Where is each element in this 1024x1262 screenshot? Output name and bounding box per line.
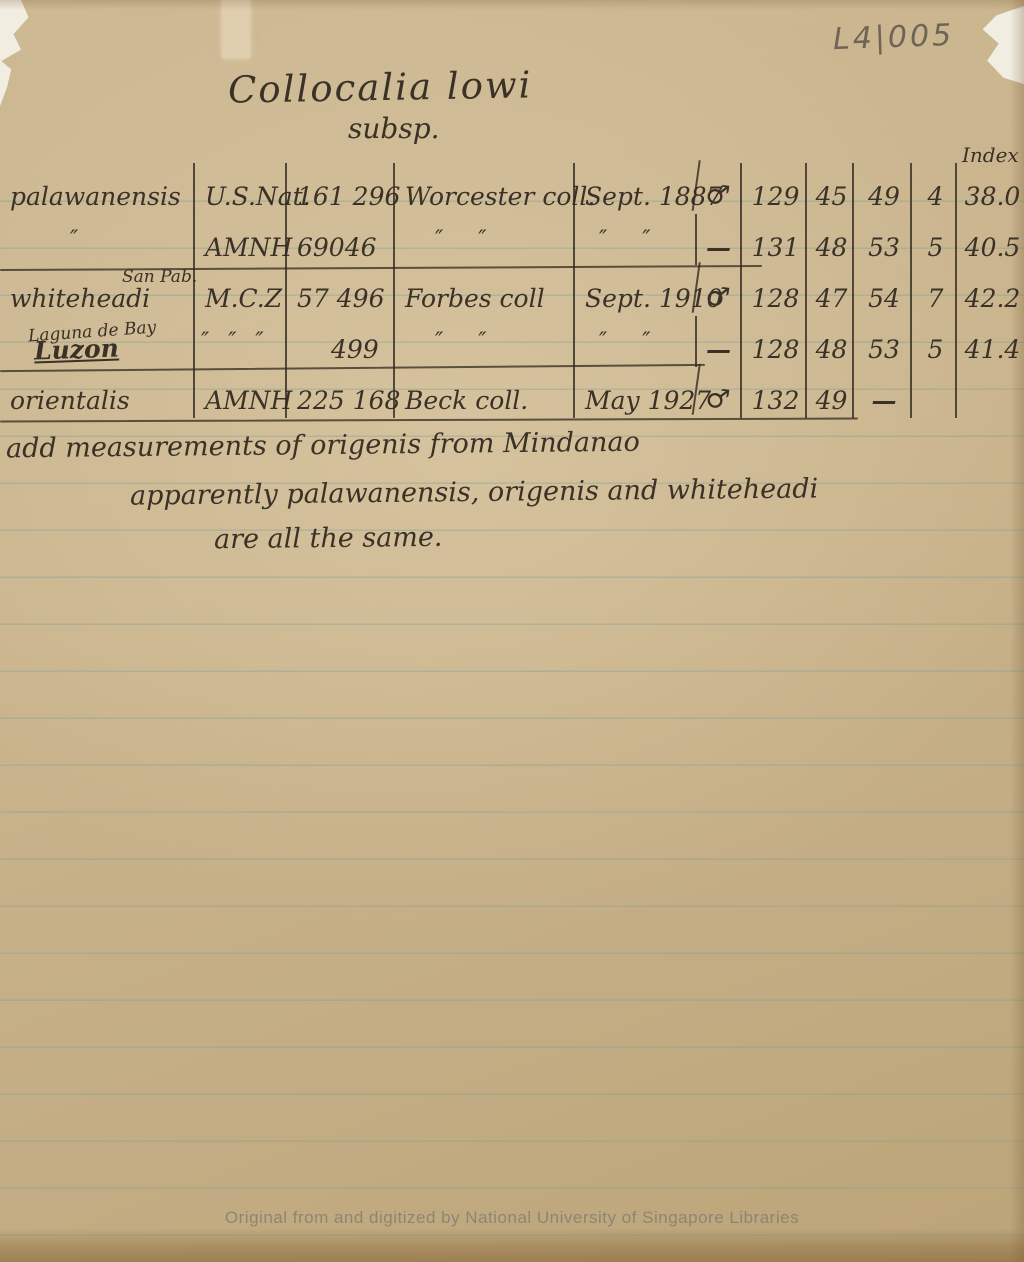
cell-wing: 128: [740, 265, 805, 316]
cell-number: 225 168: [285, 367, 393, 418]
cell-collection: Worcester coll.: [393, 163, 573, 214]
cell-name: Luzon Laguna de Bay: [0, 316, 193, 367]
cell-measure-4: [910, 367, 955, 418]
cell-index: 42.2: [955, 265, 1024, 316]
cell-measure-4: 7: [910, 265, 955, 316]
cell-date: May 1927: [573, 367, 695, 418]
cell-measure-3: —: [852, 367, 910, 418]
cell-museum ditto-mark: ″ ″ ″: [193, 316, 285, 367]
cell-measure-3: 49: [852, 163, 910, 214]
cell-index: 38.0: [955, 163, 1024, 214]
cell-sex dash: —: [695, 316, 740, 367]
cell-measure-4: 4: [910, 163, 955, 214]
cell-measure-4: 5: [910, 214, 955, 265]
note-line-2: apparently palawanensis, origenis and wh…: [130, 473, 818, 511]
cell-museum: AMNH: [193, 214, 285, 265]
cell-date: Sept. 1910: [573, 265, 695, 316]
cell-wing: 132: [740, 367, 805, 418]
page-subtitle: subsp.: [348, 112, 440, 145]
cell-number: 161 296: [285, 163, 393, 214]
table-row: palawanensis U.S.Nat. 161 296 Worcester …: [0, 163, 1024, 214]
cell-measure-2: 47: [805, 265, 852, 316]
bottom-edge-shadow: [0, 1228, 1024, 1262]
digitization-credit: Original from and digitized by National …: [0, 1208, 1024, 1228]
cell-measure-2: 48: [805, 316, 852, 367]
page-title: Collocalia lowi: [228, 63, 533, 111]
cell-number: 499: [285, 316, 393, 367]
cell-collection ditto-mark: ″ ″: [393, 214, 573, 265]
cell-date ditto-mark: ″ ″: [573, 316, 695, 367]
cell-wing: 129: [740, 163, 805, 214]
cell-index: 40.5: [955, 214, 1024, 265]
cell-date ditto-mark: ″ ″: [573, 214, 695, 265]
cell-measure-3: 53: [852, 316, 910, 367]
species-name: whiteheadi: [10, 286, 150, 311]
scanned-manuscript-page: L4|005 Collocalia lowi subsp. Index pala…: [0, 0, 1024, 1262]
cell-index: [955, 367, 1024, 418]
cell-sex dash: —: [695, 214, 740, 265]
cell-number: 57 496: [285, 265, 393, 316]
catalog-mark: L4|005: [832, 18, 954, 57]
cell-name: palawanensis: [0, 163, 193, 214]
cell-name: whiteheadi San Pab.: [0, 265, 193, 316]
locality-annotation: San Pab.: [122, 269, 197, 286]
table-row: Luzon Laguna de Bay ″ ″ ″ 499 ″ ″ ″ ″ — …: [0, 316, 1024, 367]
cell-sex male-symbol: ♂: [692, 160, 744, 217]
cell-wing: 128: [740, 316, 805, 367]
cell-measure-4: 5: [910, 316, 955, 367]
cell-museum: M.C.Z: [193, 265, 285, 316]
cell-measure-2: 49: [805, 367, 852, 418]
cell-measure-2: 48: [805, 214, 852, 265]
note-line-1: add measurements of origenis from Mindan…: [6, 427, 640, 465]
cell-sex male-symbol: ♂: [692, 364, 744, 421]
paper-tear-left-edge: [0, 60, 14, 106]
cell-wing: 131: [740, 214, 805, 265]
cell-collection ditto-mark: ″ ″: [393, 316, 573, 367]
cell-museum: AMNH: [193, 367, 285, 418]
cell-measure-3: 54: [852, 265, 910, 316]
top-edge-shadow: [0, 0, 1024, 10]
table-row: ″ AMNH 69046 ″ ″ ″ ″ — 131 48 53 5 40.5: [0, 214, 1024, 265]
table-row: orientalis AMNH 225 168 Beck coll. May 1…: [0, 367, 1024, 418]
cell-name ditto-mark: ″: [0, 214, 193, 265]
specimen-table: palawanensis U.S.Nat. 161 296 Worcester …: [0, 163, 1024, 418]
cell-number: 69046: [285, 214, 393, 265]
cell-measure-3: 53: [852, 214, 910, 265]
cell-museum: U.S.Nat.: [193, 163, 285, 214]
locality-annotation: Laguna de Bay: [28, 320, 157, 346]
cell-index: 41.4: [955, 316, 1024, 367]
cell-date: Sept. 1887: [573, 163, 695, 214]
cell-name: orientalis: [0, 367, 193, 418]
cell-collection: Beck coll.: [393, 367, 573, 418]
cell-sex male-symbol: ♂: [692, 262, 744, 319]
table-row: whiteheadi San Pab. M.C.Z 57 496 Forbes …: [0, 265, 1024, 316]
cell-collection: Forbes coll: [393, 265, 573, 316]
cell-measure-2: 45: [805, 163, 852, 214]
note-line-3: are all the same.: [214, 522, 443, 555]
